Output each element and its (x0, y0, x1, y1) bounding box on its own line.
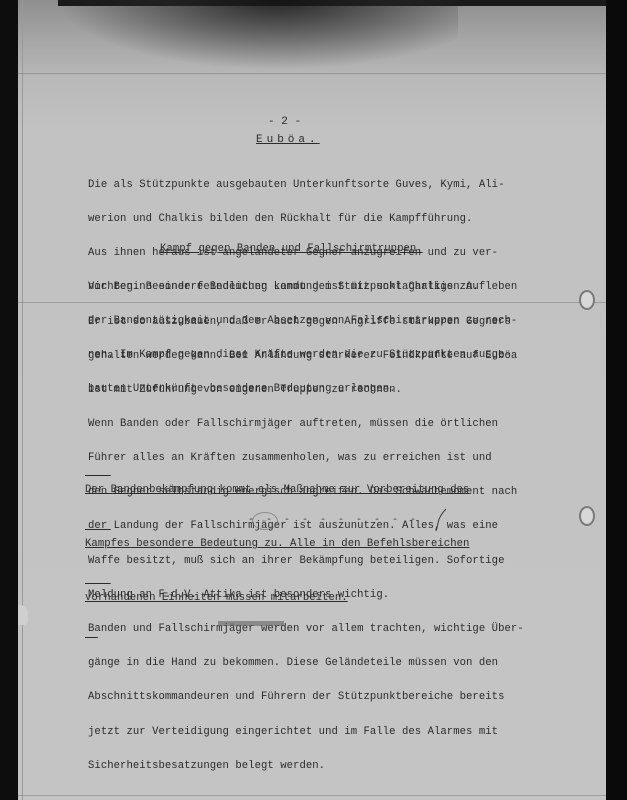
smudge-mark (218, 621, 284, 626)
text-line: gänge in die Hand zu bekommen. Diese Gel… (88, 658, 524, 669)
text-line: bauten Unterkünfte besondere Bedeutung e… (88, 384, 524, 395)
page-number: - 2 - (268, 117, 301, 128)
text-line: nen. Im Kampf gegen diese Kräfte werden … (88, 350, 524, 361)
text-line: jetzt zur Verteidigung eingerichtet und … (88, 727, 524, 738)
subheading: Kampf gegen Banden und Fallschirmtruppen… (160, 244, 423, 255)
text-line: Der Bandenbekämpfung kommt als Maßnahme … (85, 481, 469, 499)
text-line: Vor Beginn einer feindlichen Landung ist… (88, 282, 524, 293)
paper-tear (18, 605, 28, 625)
text-line: Sicherheitsbesatzungen belegt werden. (88, 761, 524, 772)
punch-hole (579, 506, 595, 526)
text-line: Die als Stützpunkte ausgebauten Unterkun… (88, 180, 517, 191)
text-line: Abschnittskommandeuren und Führern der S… (88, 692, 524, 703)
text-line: Kampfes besondere Bedeutung zu. Alle in … (85, 535, 469, 553)
punch-hole (579, 290, 595, 310)
document-page: - 2 - Euböa. Die als Stützpunkte ausgeba… (18, 0, 606, 800)
scan-shadow (58, 0, 458, 70)
text-line: Wenn Banden oder Fallschirmjäger auftret… (88, 419, 524, 430)
margin-line-left (22, 0, 23, 800)
section-heading: Euböa. (256, 135, 320, 146)
fold-line (18, 795, 606, 796)
paragraph-emphasis: Der Bandenbekämpfung kommt als Maßnahme … (85, 445, 469, 643)
handwritten-paraph-icon (434, 507, 448, 533)
text-line: vorhandenen Einheiten müssen mitarbeiten… (85, 589, 469, 607)
fold-line (18, 73, 606, 74)
signature-line: - - - - - - - - - - (248, 515, 419, 526)
scan-right-edge (606, 0, 627, 800)
text-line: werion und Chalkis bilden den Rückhalt f… (88, 214, 517, 225)
text-line: der Bandentätigkeit und dem Absetzen von… (88, 316, 524, 327)
